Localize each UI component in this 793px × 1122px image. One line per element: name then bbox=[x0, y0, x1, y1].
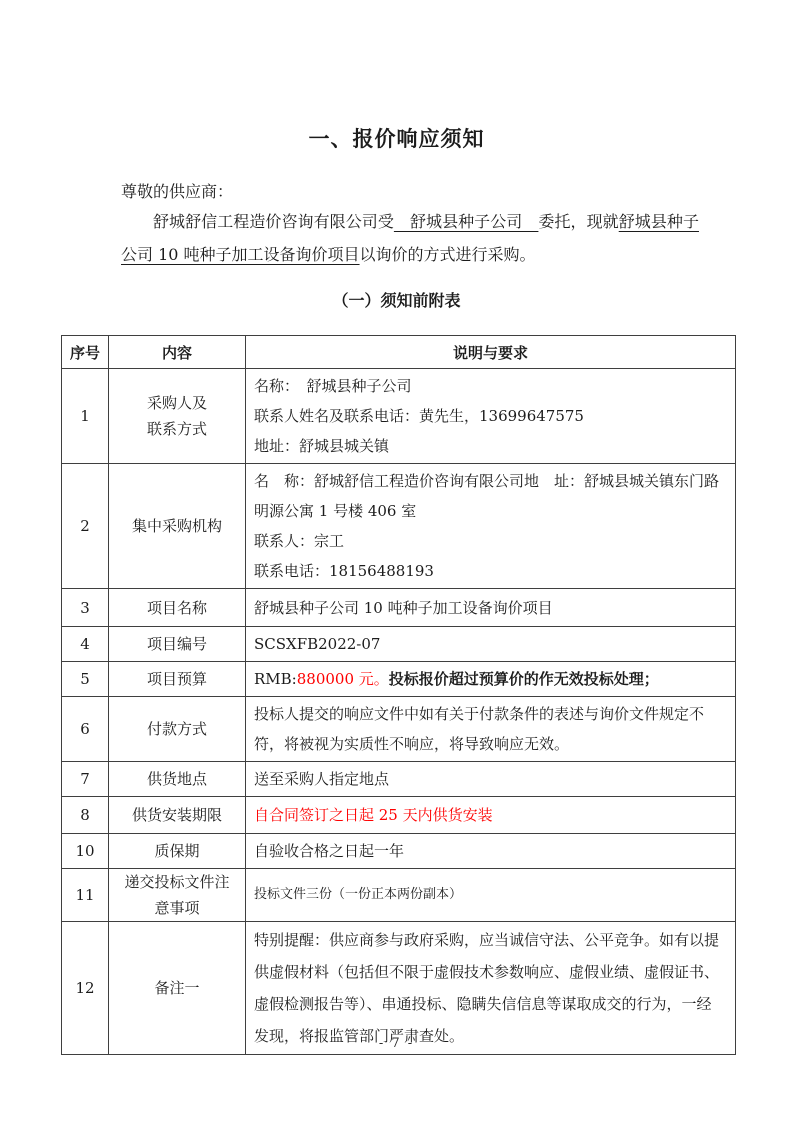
intro-underline-client: 舒城县种子公司 bbox=[394, 212, 539, 231]
intro-text-method: 以询价的方式进行采购。 bbox=[360, 245, 536, 264]
agency-contact: 联系人：宗工 bbox=[254, 526, 721, 556]
table-row-project-budget: 5 项目预算 RMB:880000 元。投标报价超过预算价的作无效投标处理； bbox=[62, 662, 736, 697]
row-description: 自合同签订之日起 25 天内供货安装 bbox=[246, 797, 736, 834]
table-header-row: 序号 内容 说明与要求 bbox=[62, 336, 736, 369]
table-row-purchaser: 1 采购人及 联系方式 名称： 舒城县种子公司 联系人姓名及联系电话：黄先生，1… bbox=[62, 369, 736, 464]
table-row-remark-one: 12 备注一 特别提醒：供应商参与政府采购，应当诚信守法、公平竞争。如有以提供虚… bbox=[62, 922, 736, 1055]
budget-amount: 880000 元。 bbox=[297, 670, 389, 688]
row-no: 8 bbox=[62, 797, 109, 834]
row-no: 11 bbox=[62, 869, 109, 922]
row-no: 10 bbox=[62, 834, 109, 869]
row-description: 送至采购人指定地点 bbox=[246, 762, 736, 797]
notice-table: 序号 内容 说明与要求 1 采购人及 联系方式 名称： 舒城县种子公司 联系人姓… bbox=[61, 335, 736, 1055]
header-content: 内容 bbox=[109, 336, 246, 369]
row-description: RMB:880000 元。投标报价超过预算价的作无效投标处理； bbox=[246, 662, 736, 697]
row-description: 特别提醒：供应商参与政府采购，应当诚信守法、公平竞争。如有以提供虚假材料（包括但… bbox=[246, 922, 736, 1055]
table-row-procurement-agency: 2 集中采购机构 名 称：舒城舒信工程造价咨询有限公司地 址：舒城县城关镇东门路… bbox=[62, 464, 736, 589]
row-no: 7 bbox=[62, 762, 109, 797]
row-no: 1 bbox=[62, 369, 109, 464]
purchaser-address: 地址：舒城县城关镇 bbox=[254, 431, 721, 461]
table-row-warranty-period: 10 质保期 自验收合格之日起一年 bbox=[62, 834, 736, 869]
row-no: 6 bbox=[62, 697, 109, 762]
row-no: 12 bbox=[62, 922, 109, 1055]
table-row-project-name: 3 项目名称 舒城县种子公司 10 吨种子加工设备询价项目 bbox=[62, 589, 736, 627]
row-label: 项目名称 bbox=[109, 589, 246, 627]
row-label: 集中采购机构 bbox=[109, 464, 246, 589]
header-seq-no: 序号 bbox=[62, 336, 109, 369]
purchaser-name: 名称： 舒城县种子公司 bbox=[254, 371, 721, 401]
table-row-bid-document-notes: 11 递交投标文件注意事项 投标文件三份（一份正本两份副本） bbox=[62, 869, 736, 922]
row-label: 质保期 bbox=[109, 834, 246, 869]
row-label: 付款方式 bbox=[109, 697, 246, 762]
row-description: 名 称：舒城舒信工程造价咨询有限公司地 址：舒城县城关镇东门路明源公寓 1 号楼… bbox=[246, 464, 736, 589]
agency-phone: 联系电话：18156488193 bbox=[254, 556, 721, 586]
page-number: - 7 - bbox=[0, 1036, 793, 1051]
row-description: 舒城县种子公司 10 吨种子加工设备询价项目 bbox=[246, 589, 736, 627]
agency-name-address: 名 称：舒城舒信工程造价咨询有限公司地 址：舒城县城关镇东门路明源公寓 1 号楼… bbox=[254, 466, 721, 526]
row-description: 名称： 舒城县种子公司 联系人姓名及联系电话：黄先生，13699647575 地… bbox=[246, 369, 736, 464]
row-no: 3 bbox=[62, 589, 109, 627]
row-description: 自验收合格之日起一年 bbox=[246, 834, 736, 869]
salutation: 尊敬的供应商： bbox=[121, 182, 233, 202]
row-label: 供货安装期限 bbox=[109, 797, 246, 834]
row-description: 投标文件三份（一份正本两份副本） bbox=[246, 869, 736, 922]
document-page: 一、报价响应须知 尊敬的供应商： 舒城舒信工程造价咨询有限公司受 舒城县种子公司… bbox=[0, 0, 793, 1122]
row-label: 采购人及 联系方式 bbox=[109, 369, 246, 464]
row-no: 4 bbox=[62, 627, 109, 662]
row-description: SCSXFB2022-07 bbox=[246, 627, 736, 662]
table-row-project-number: 4 项目编号 SCSXFB2022-07 bbox=[62, 627, 736, 662]
row-label: 项目编号 bbox=[109, 627, 246, 662]
page-title: 一、报价响应须知 bbox=[0, 123, 793, 153]
row-description: 投标人提交的响应文件中如有关于付款条件的表述与询价文件规定不符，将被视为实质性不… bbox=[246, 697, 736, 762]
table-row-payment-terms: 6 付款方式 投标人提交的响应文件中如有关于付款条件的表述与询价文件规定不符，将… bbox=[62, 697, 736, 762]
table-row-delivery-location: 7 供货地点 送至采购人指定地点 bbox=[62, 762, 736, 797]
row-no: 2 bbox=[62, 464, 109, 589]
section-title: （一）须知前附表 bbox=[0, 288, 793, 311]
budget-currency-prefix: RMB: bbox=[254, 670, 297, 688]
row-label: 递交投标文件注意事项 bbox=[109, 869, 246, 922]
purchaser-contact: 联系人姓名及联系电话：黄先生，13699647575 bbox=[254, 401, 721, 431]
row-label: 项目预算 bbox=[109, 662, 246, 697]
intro-paragraph: 舒城舒信工程造价咨询有限公司受 舒城县种子公司 委托，现就舒城县种子公司 10 … bbox=[121, 206, 699, 271]
table-row-delivery-deadline: 8 供货安装期限 自合同签订之日起 25 天内供货安装 bbox=[62, 797, 736, 834]
row-no: 5 bbox=[62, 662, 109, 697]
budget-note: 投标报价超过预算价的作无效投标处理； bbox=[389, 670, 659, 688]
row-label: 备注一 bbox=[109, 922, 246, 1055]
intro-text-agency: 舒城舒信工程造价咨询有限公司受 bbox=[153, 212, 394, 231]
header-description: 说明与要求 bbox=[246, 336, 736, 369]
row-label: 供货地点 bbox=[109, 762, 246, 797]
intro-text-entrust: 委托，现就 bbox=[538, 212, 618, 231]
